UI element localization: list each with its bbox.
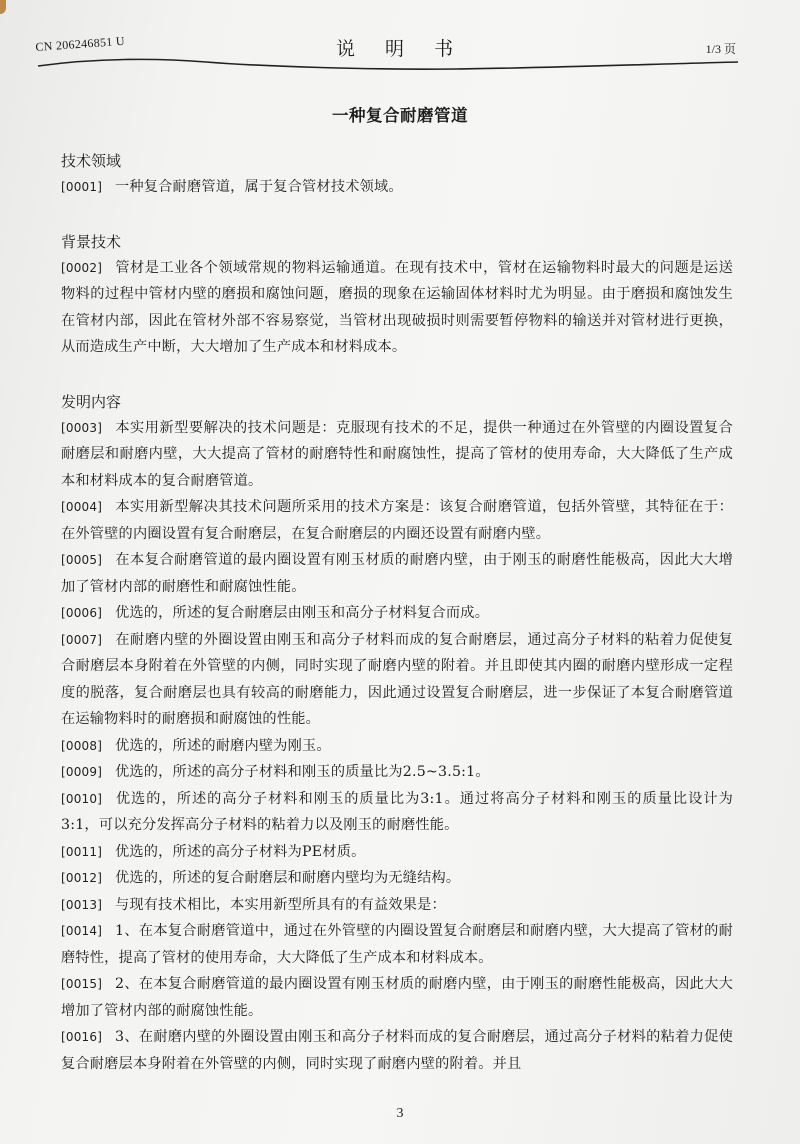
paragraph-number: [0013]	[61, 892, 115, 919]
paragraph-number: [0011]	[61, 839, 115, 866]
paragraph: [0004]本实用新型解决其技术问题所采用的技术方案是：该复合耐磨管道，包括外管…	[61, 494, 733, 547]
section-heading-background: 背景技术	[61, 229, 733, 255]
paragraph-text: 优选的，所述的复合耐磨层和耐磨内壁均为无缝结构。	[115, 870, 460, 886]
paragraph-number: [0010]	[61, 786, 115, 813]
paragraph-number: [0012]	[61, 865, 115, 892]
paragraph: [0013]与现有技术相比，本实用新型所具有的有益效果是：	[61, 892, 733, 919]
paragraph-text: 优选的，所述的耐磨内壁为刚玉。	[115, 738, 331, 754]
paragraph-number: [0006]	[61, 600, 115, 627]
paragraph-text: 1、在本复合耐磨管道中，通过在外管壁的内圈设置复合耐磨层和耐磨内壁，大大提高了管…	[61, 923, 733, 966]
paragraph-text: 一种复合耐磨管道，属于复合管材技术领域。	[115, 179, 403, 195]
section-heading-technical-field: 技术领域	[61, 148, 733, 174]
document-body: 技术领域 [0001]一种复合耐磨管道，属于复合管材技术领域。 背景技术 [00…	[61, 148, 733, 1077]
paragraph: [0009]优选的，所述的高分子材料和刚玉的质量比为2.5~3.5:1。	[61, 759, 733, 786]
paragraph-text: 在本复合耐磨管道的最内圈设置有刚玉材质的耐磨内壁，由于刚玉的耐磨性能极高，因此大…	[61, 552, 733, 595]
section-heading-invention-content: 发明内容	[61, 389, 733, 415]
patent-number: CN 206246851 U	[35, 34, 125, 55]
paragraph: [0005]在本复合耐磨管道的最内圈设置有刚玉材质的耐磨内壁，由于刚玉的耐磨性能…	[61, 547, 733, 600]
paragraph-number: [0009]	[61, 759, 115, 786]
paragraph-text: 3、在耐磨内壁的外圈设置由刚玉和高分子材料而成的复合耐磨层，通过高分子材料的粘着…	[61, 1029, 733, 1072]
paragraph: [0011]优选的，所述的高分子材料为PE材质。	[61, 839, 733, 866]
paragraph-text: 优选的，所述的高分子材料和刚玉的质量比为2.5~3.5:1。	[115, 764, 490, 780]
paragraph: [0007]在耐磨内壁的外圈设置由刚玉和高分子材料而成的复合耐磨层，通过高分子材…	[61, 627, 733, 733]
paragraph-number: [0008]	[61, 733, 115, 760]
page-indicator: 1/3 页	[706, 40, 736, 57]
page-corner-fold	[0, 0, 6, 14]
paragraph: [0008]优选的，所述的耐磨内壁为刚玉。	[61, 733, 733, 760]
paragraph: [0010]优选的，所述的高分子材料和刚玉的质量比为3:1。通过将高分子材料和刚…	[61, 786, 733, 839]
paragraph-text: 优选的，所述的高分子材料和刚玉的质量比为3:1。通过将高分子材料和刚玉的质量比设…	[61, 791, 733, 834]
paragraph-number: [0001]	[61, 174, 115, 201]
paragraph-number: [0002]	[61, 255, 115, 282]
paragraph-text: 本实用新型解决其技术问题所采用的技术方案是：该复合耐磨管道，包括外管壁，其特征在…	[61, 499, 733, 542]
paragraph-number: [0003]	[61, 415, 115, 442]
paragraph-number: [0015]	[61, 971, 115, 998]
paragraph: [0014]1、在本复合耐磨管道中，通过在外管壁的内圈设置复合耐磨层和耐磨内壁，…	[61, 918, 733, 971]
paragraph: [0003]本实用新型要解决的技术问题是：克服现有技术的不足，提供一种通过在外管…	[61, 415, 733, 495]
paragraph-text: 管材是工业各个领域常规的物料运输通道。在现有技术中，管材在运输物料时最大的问题是…	[61, 260, 733, 356]
paragraph-number: [0014]	[61, 918, 115, 945]
paragraph: [0016]3、在耐磨内壁的外圈设置由刚玉和高分子材料而成的复合耐磨层，通过高分…	[61, 1024, 733, 1077]
paragraph-text: 在耐磨内壁的外圈设置由刚玉和高分子材料而成的复合耐磨层，通过高分子材料的粘着力促…	[61, 632, 733, 728]
paragraph-number: [0007]	[61, 627, 115, 654]
paragraph-number: [0016]	[61, 1024, 115, 1051]
paragraph-number: [0005]	[61, 547, 115, 574]
paragraph: [0006]优选的，所述的复合耐磨层由刚玉和高分子材料复合而成。	[61, 600, 733, 627]
paragraph: [0002]管材是工业各个领域常规的物料运输通道。在现有技术中，管材在运输物料时…	[61, 255, 733, 361]
paragraph: [0012]优选的，所述的复合耐磨层和耐磨内壁均为无缝结构。	[61, 865, 733, 892]
paragraph-number: [0004]	[61, 494, 115, 521]
paragraph: [0015]2、在本复合耐磨管道的最内圈设置有刚玉材质的耐磨内壁，由于刚玉的耐磨…	[61, 971, 733, 1024]
page-number: 3	[0, 1106, 800, 1122]
paragraph-text: 2、在本复合耐磨管道的最内圈设置有刚玉材质的耐磨内壁，由于刚玉的耐磨性能极高，因…	[61, 976, 733, 1019]
header-rule	[36, 56, 740, 72]
paragraph-text: 本实用新型要解决的技术问题是：克服现有技术的不足，提供一种通过在外管壁的内圈设置…	[61, 420, 733, 489]
paragraph-text: 优选的，所述的高分子材料为PE材质。	[115, 844, 366, 860]
document-title: 一种复合耐磨管道	[0, 102, 800, 126]
paragraph-text: 与现有技术相比，本实用新型所具有的有益效果是：	[115, 897, 446, 913]
paragraph-text: 优选的，所述的复合耐磨层由刚玉和高分子材料复合而成。	[115, 605, 489, 621]
paragraph: [0001]一种复合耐磨管道，属于复合管材技术领域。	[61, 174, 733, 201]
